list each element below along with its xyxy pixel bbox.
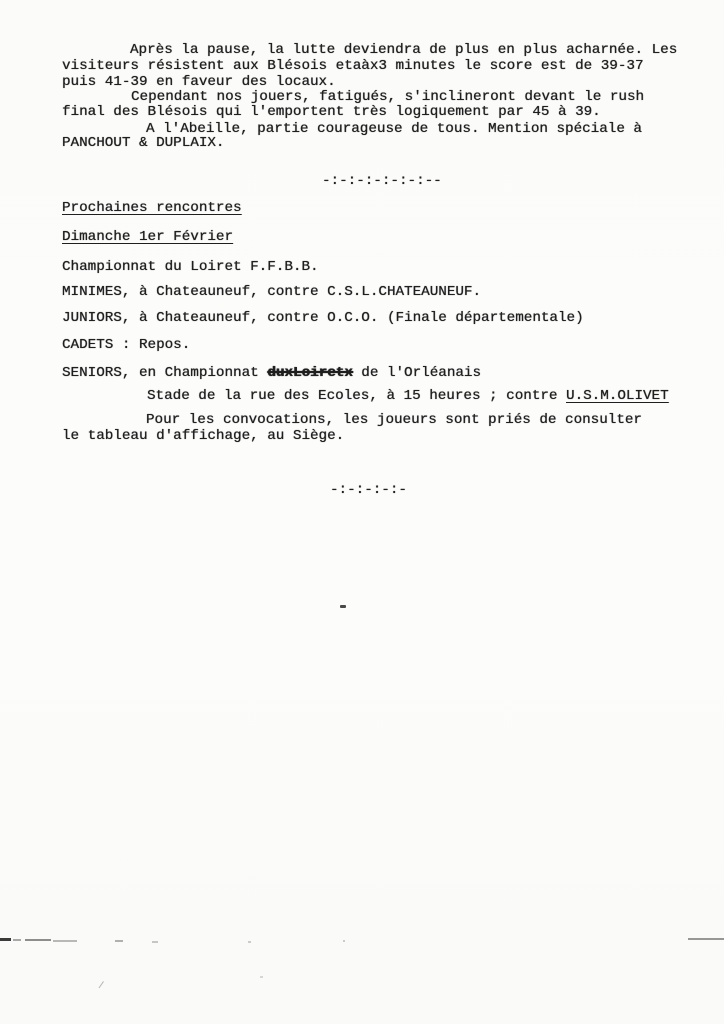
championship-line: Championnat du Loiret F.F.B.B. (62, 259, 319, 275)
separator-ornament-2: -:-:-:-:- (330, 482, 407, 498)
separator-ornament: -:-:-:-:-:-:-- (322, 173, 442, 189)
scan-mark-left-2 (13, 939, 21, 941)
venue-team: U.S.M.OLIVET (566, 388, 669, 404)
document-page: Après la pause, la lutte deviendra de pl… (0, 0, 724, 1024)
para1-line3: puis 41-39 en faveur des locaux. (62, 74, 336, 90)
juniors-line: JUNIORS, à Chateauneuf, contre O.C.O. (F… (62, 310, 584, 326)
seniors-prefix: SENIORS, en Championnat (62, 365, 267, 381)
minimes-line: MINIMES, à Chateauneuf, contre C.S.L.CHA… (62, 284, 481, 300)
para4-line2: le tableau d'affichage, au Siège. (62, 428, 344, 444)
scan-mark-left-6 (152, 941, 158, 943)
scan-mark-left-5 (115, 940, 123, 942)
scan-speck (340, 605, 346, 608)
scan-mark-right (688, 938, 724, 940)
para4-line1: Pour les convocations, les joueurs sont … (146, 412, 642, 428)
para2-line1: Cependant nos jouers, fatigués, s'inclin… (131, 89, 644, 105)
seniors-suffix: de l'Orléanais (353, 365, 481, 381)
para3-line2: PANCHOUT & DUPLAIX. (62, 135, 224, 151)
cadets-line: CADETS : Repos. (62, 337, 190, 353)
seniors-line: SENIORS, en Championnat duxLoiretx de l'… (62, 365, 481, 381)
scan-mark-left-4 (53, 940, 77, 942)
para1-line1: Après la pause, la lutte deviendra de pl… (130, 42, 677, 58)
para2-line2: final des Blésois qui l'emportent très l… (62, 104, 601, 120)
venue-line: Stade de la rue des Ecoles, à 15 heures … (147, 388, 669, 404)
para1-line2: visiteurs résistent aux Blésois etaàx3 m… (62, 58, 644, 74)
scan-dot-2 (343, 940, 345, 942)
scan-dot-3 (260, 976, 263, 978)
scan-slash-mark (99, 981, 111, 993)
scan-dot-1 (248, 941, 251, 943)
seniors-struck-text: duxLoiretx (267, 365, 353, 381)
scan-mark-left-1 (0, 938, 11, 941)
section-title: Prochaines rencontres (62, 200, 242, 216)
date-heading: Dimanche 1er Février (62, 229, 233, 245)
venue-prefix: Stade de la rue des Ecoles, à 15 heures … (147, 388, 566, 404)
scan-mark-left-3 (25, 939, 51, 941)
